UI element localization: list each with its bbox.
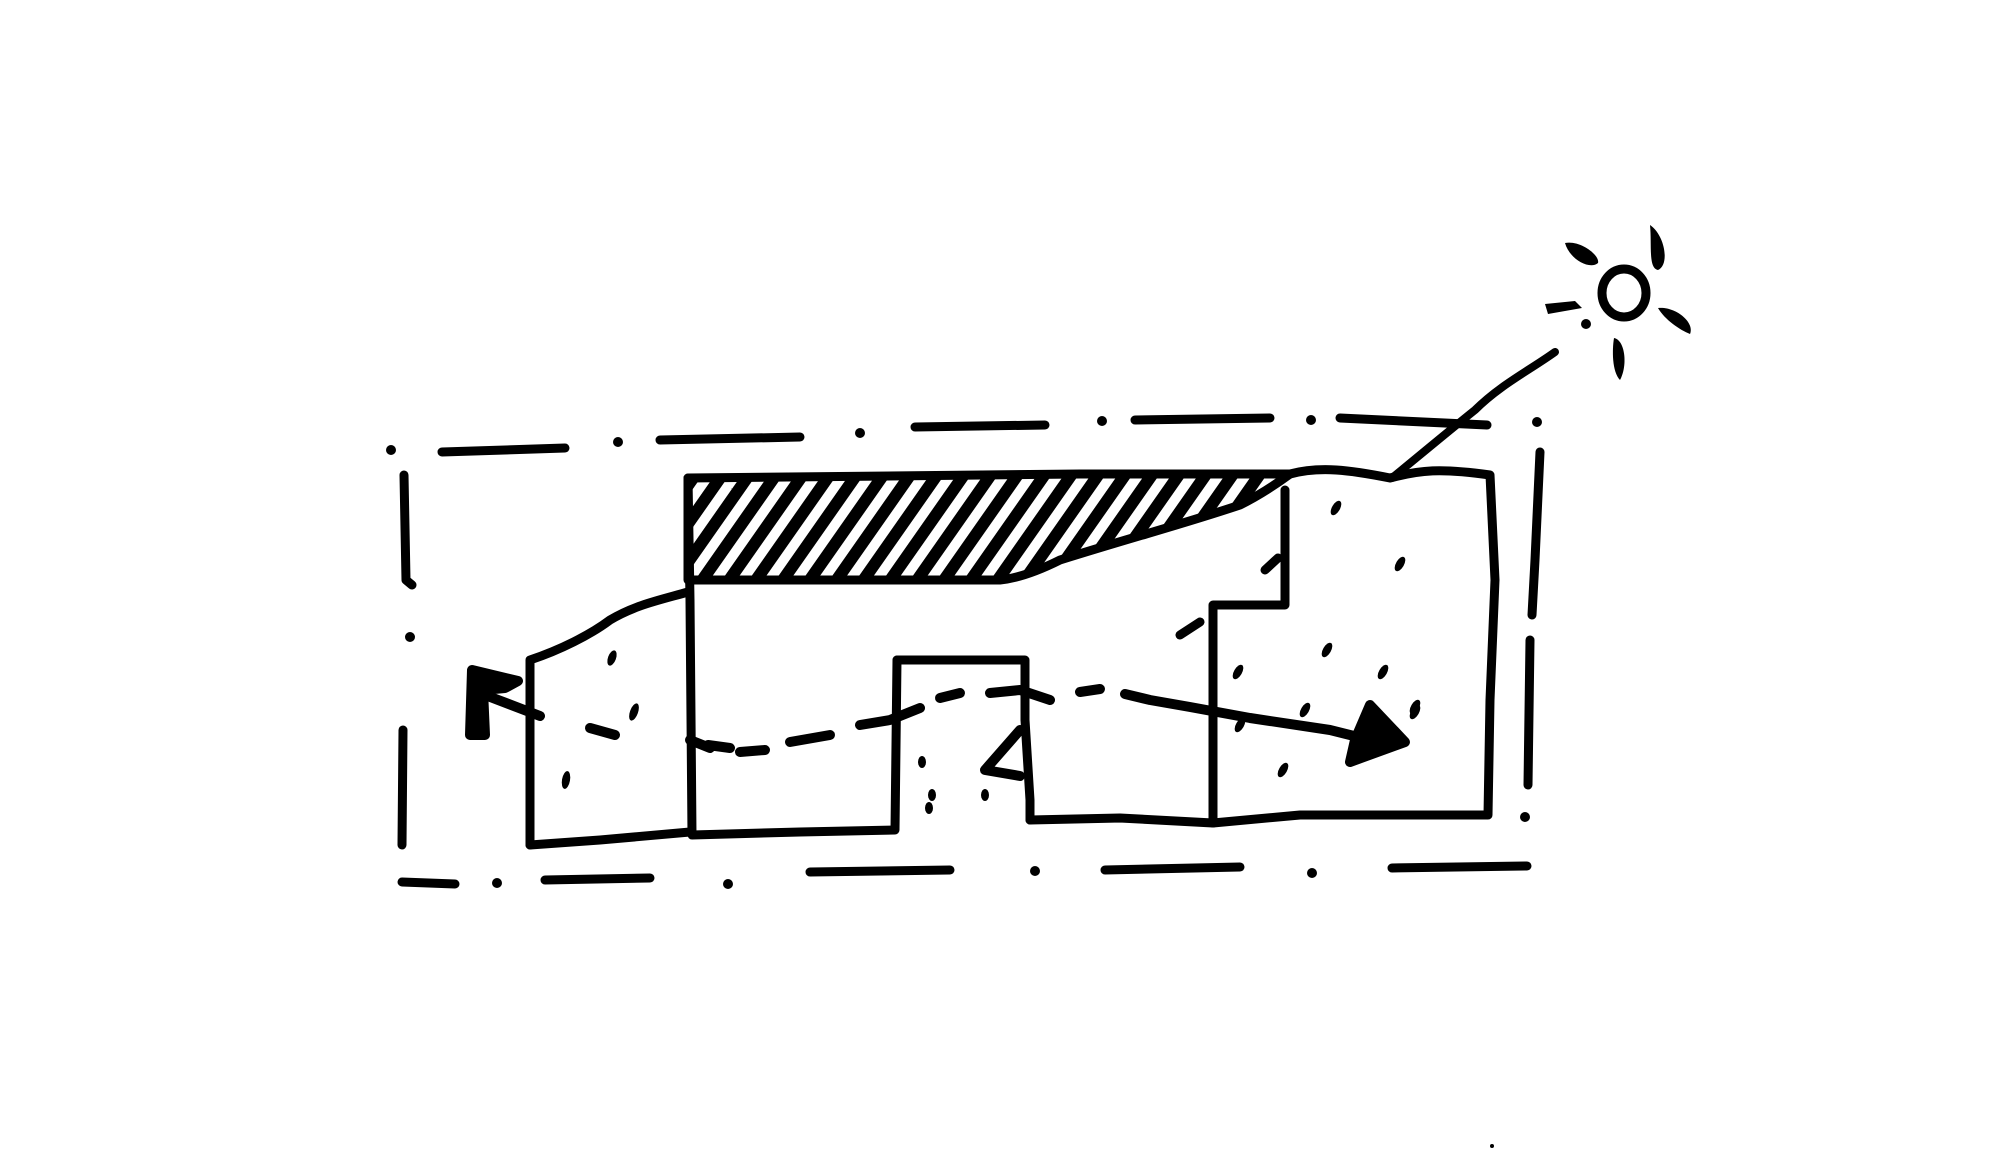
sun-ray [1392,352,1555,478]
stray-dot [1490,1144,1494,1148]
right-tall-block [1213,470,1495,823]
left-block [530,592,688,845]
circulation-path [470,670,1405,776]
sun-icon [1545,225,1691,380]
hatched-roof-mass [688,474,1290,580]
arrowhead-right [1350,705,1405,762]
arrowhead-center [985,730,1020,776]
